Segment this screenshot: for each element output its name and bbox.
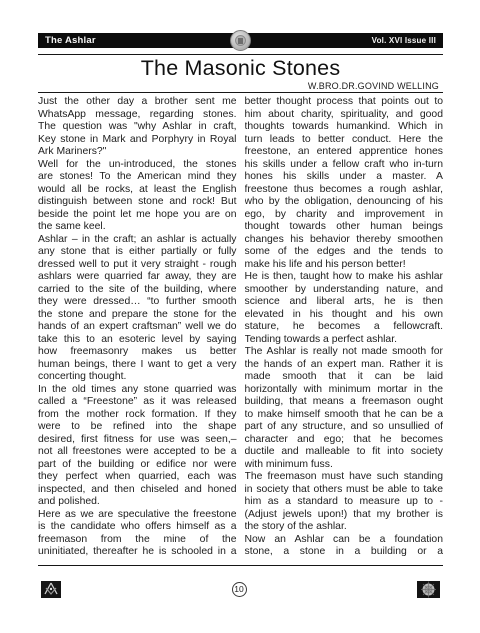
body-text-line: thought towards other human beings (245, 221, 444, 234)
body-text-line: who by the obligation, denouncing of his (245, 196, 444, 209)
body-text-line: freestone thus becomes a rough ashlar, (245, 184, 444, 197)
divider-under-title (38, 92, 443, 93)
author-byline: W.BRO.DR.GOVIND WELLING (38, 81, 443, 91)
body-text-line: is the candidate who offers himself as a (38, 521, 237, 534)
body-text-line: part of the building or edifice nor were (38, 459, 237, 472)
body-text-line: In the old times any stone quarried was (38, 384, 237, 397)
body-text-line: Well for the un-introduced, the stones (38, 159, 237, 172)
body-text-line: they were dressed… “to further smooth (38, 296, 237, 309)
body-text-line: Now an Ashlar can be a foundation (245, 534, 444, 547)
body-text-line: human beings, there I want to get a very (38, 359, 237, 372)
body-text-line: carried to the site of the building, whe… (38, 284, 237, 297)
body-text-line: Tending towards a perfect ashlar. (245, 334, 444, 347)
body-text-line: better thought process that points out t… (245, 96, 444, 109)
body-text-line: He is then, taught how to make his ashla… (245, 271, 444, 284)
masonic-seal-icon (230, 30, 251, 51)
header-bar: The Ashlar Vol. XVI Issue III (38, 33, 443, 48)
body-text-line: stone, a stone in a building or a (245, 546, 444, 559)
body-text-line: and polished. (38, 496, 237, 509)
body-text-line: concerting thought. (38, 371, 237, 384)
body-text-line: science and liberal arts, he is then (245, 296, 444, 309)
page-number: 10 (234, 584, 243, 594)
body-text-line: his skills under a fellow craft who in-t… (245, 159, 444, 172)
body-text-line: smoother by understanding nature, and (245, 284, 444, 297)
page-number-badge: 10 (232, 582, 247, 597)
body-text-line: turn leads to better conduct. Here the (245, 134, 444, 147)
body-text-line: Just the other day a brother sent me (38, 96, 237, 109)
body-text-line: The question was "why Ashlar in craft, (38, 121, 237, 134)
body-text-line: elevated in his thought and his own (245, 309, 444, 322)
article-body: Just the other day a brother sent meWhat… (38, 96, 443, 559)
body-text-line: the stone and prepare the stone for the (38, 309, 237, 322)
page-footer: 10 (38, 580, 443, 600)
body-text-line: beside the point let me hope you are on (38, 209, 237, 222)
lodge-crest-icon (417, 580, 440, 600)
body-text-line: Ashlar – in the craft; an ashlar is actu… (38, 234, 237, 247)
divider-above-footer (38, 565, 443, 566)
body-text-line: changes his behavior thereby smoothen (245, 234, 444, 247)
body-text-line: make his life and his person better! (245, 259, 444, 272)
body-text-line: from the mother rock formation. If they (38, 409, 237, 422)
body-text-line: the same keel. (38, 221, 237, 234)
body-text-line: some of the edges and the tends to (245, 246, 444, 259)
body-text-line: part of any structure, and so unsullied … (245, 421, 444, 434)
body-text-line: to make himself smooth that he can be a (245, 409, 444, 422)
body-text-line: freemason from the mine of the (38, 534, 237, 547)
body-text-line: take this to an esoteric level by saying (38, 334, 237, 347)
body-text-line: freestone, an entered apprentice hones (245, 146, 444, 159)
body-text-line: hands of an expert craftsman” well we do (38, 321, 237, 334)
divider-under-header (38, 54, 443, 55)
body-text-line: would all be rocks, at least the English (38, 184, 237, 197)
body-text-line: they perfect when quarried, each was (38, 471, 237, 484)
page-title: The Masonic Stones (38, 56, 443, 81)
body-text-line: building, that means a freemason ought (245, 396, 444, 409)
body-text-line: hones his skills under a master. A (245, 171, 444, 184)
body-text-line: thoughts towards humankind. Which in (245, 121, 444, 134)
article-column-left: Just the other day a brother sent meWhat… (38, 96, 237, 559)
body-text-line: uninitiated, thereafter he is schooled i… (38, 546, 237, 559)
body-text-line: called a “Freestone” as it was released (38, 396, 237, 409)
seal-center-mark (238, 38, 243, 44)
body-text-line: (Adjust jewels upon!) that my brother is (245, 509, 444, 522)
body-text-line: with minimum fuss. (245, 459, 444, 472)
body-text-line: made smooth that it can be laid (245, 371, 444, 384)
body-text-line: in society that others must be able to t… (245, 484, 444, 497)
masthead-title: The Ashlar (45, 35, 96, 46)
body-text-line: dressed well to put it very straight - r… (38, 259, 237, 272)
body-text-line: any stone that is either partially or fu… (38, 246, 237, 259)
body-text-line: WhatsApp message, regarding stones. (38, 109, 237, 122)
body-text-line: Ark Mariners?" (38, 146, 237, 159)
body-text-line: the story of the ashlar. (245, 521, 444, 534)
square-and-compasses-icon (41, 580, 61, 600)
body-text-line: inspected, and then chiseled and honed (38, 484, 237, 497)
body-text-line: The Ashlar is really not made smooth for (245, 346, 444, 359)
body-text-line: ashlars were quarried far away, they are (38, 271, 237, 284)
body-text-line: ductile and malleable to fit into societ… (245, 446, 444, 459)
body-text-line: not all freestones were accepted to be a (38, 446, 237, 459)
body-text-line: how freemasonry makes us better (38, 346, 237, 359)
body-text-line: The freemason must have such standing (245, 471, 444, 484)
body-text-line: him about charity, spirituality, and goo… (245, 109, 444, 122)
body-text-line: the hands of an expert man. Rather it is (245, 359, 444, 372)
body-text-line: distinguish between stone and rock! But (38, 196, 237, 209)
body-text-line: Key stone in Mark and Porphyry in Royal (38, 134, 237, 147)
article-column-right: better thought process that points out t… (245, 96, 444, 559)
body-text-line: were to be refined into the shape (38, 421, 237, 434)
body-text-line: character and ego; that he becomes (245, 434, 444, 447)
issue-label: Vol. XVI Issue III (372, 36, 436, 45)
magazine-page: The Ashlar Vol. XVI Issue III The Masoni… (0, 0, 480, 633)
body-text-line: horizontally with minimum mortar in the (245, 384, 444, 397)
body-text-line: him as a standard to measure up to - (245, 496, 444, 509)
body-text-line: ego, by charity and improvement in (245, 209, 444, 222)
body-text-line: desired, first fitness for use was seen,… (38, 434, 237, 447)
body-text-line: Here as we are speculative the freestone (38, 509, 237, 522)
body-text-line: stature, he becomes a fellowcraft. (245, 321, 444, 334)
body-text-line: are stones! To the American mind they (38, 171, 237, 184)
